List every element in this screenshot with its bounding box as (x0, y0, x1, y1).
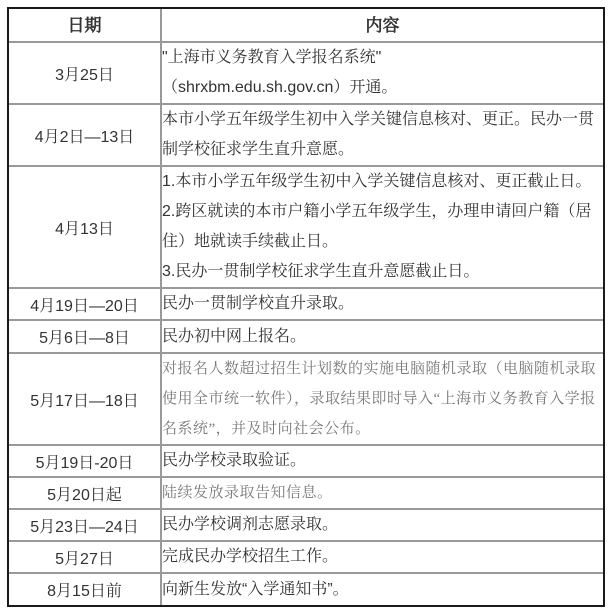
content-cell: 民办学校录取验证。 (161, 445, 603, 477)
table-row: 3月25日 "上海市义务教育入学报名系统" （shrxbm.edu.sh.gov… (9, 42, 603, 104)
date-cell: 5月6日—8日 (9, 320, 161, 353)
table-row: 8月15日前 向新生发放“入学通知书”。 (9, 573, 603, 605)
date-cell: 5月27日 (9, 541, 161, 573)
content-cell: 完成民办学校招生工作。 (161, 541, 603, 573)
table-row: 5月17日—18日 对报名人数超过招生计划数的实施电脑随机录取（电脑随机录取使用… (9, 353, 603, 445)
content-line: 3.民办一贯制学校征求学生直升意愿截止日。 (162, 257, 603, 287)
content-line: 民办初中网上报名。 (162, 322, 603, 352)
content-cell: 陆续发放录取告知信息。 (161, 477, 603, 509)
table-row: 5月19日-20日 民办学校录取验证。 (9, 445, 603, 477)
table-row: 4月2日—13日 本市小学五年级学生初中入学关键信息核对、更正。民办一贯制学校征… (9, 104, 603, 166)
table-row: 5月27日 完成民办学校招生工作。 (9, 541, 603, 573)
content-cell: 1.本市小学五年级学生初中入学关键信息核对、更正截止日。 2.跨区就读的本市户籍… (161, 166, 603, 288)
content-line: 民办学校录取验证。 (162, 446, 603, 476)
content-line: 陆续发放录取告知信息。 (162, 478, 603, 508)
date-cell: 5月17日—18日 (9, 353, 161, 445)
schedule-table: 日期 内容 3月25日 "上海市义务教育入学报名系统" （shrxbm.edu.… (9, 9, 603, 605)
table-row: 4月13日 1.本市小学五年级学生初中入学关键信息核对、更正截止日。 2.跨区就… (9, 166, 603, 288)
content-line: 民办学校调剂志愿录取。 (162, 510, 603, 540)
content-line: "上海市义务教育入学报名系统" (162, 43, 603, 73)
content-line: 1.本市小学五年级学生初中入学关键信息核对、更正截止日。 (162, 167, 603, 197)
content-line: 完成民办学校招生工作。 (162, 542, 603, 572)
date-cell: 4月13日 (9, 166, 161, 288)
content-line: 向新生发放“入学通知书”。 (162, 575, 603, 605)
content-cell: 对报名人数超过招生计划数的实施电脑随机录取（电脑随机录取使用全市统一软件），录取… (161, 353, 603, 445)
date-cell: 4月19日—20日 (9, 288, 161, 320)
content-line: 对报名人数超过招生计划数的实施电脑随机录取（电脑随机录取使用全市统一软件），录取… (162, 354, 603, 444)
content-cell: 民办学校调剂志愿录取。 (161, 509, 603, 541)
content-line: 民办一贯制学校直升录取。 (162, 289, 603, 319)
content-cell: "上海市义务教育入学报名系统" （shrxbm.edu.sh.gov.cn）开通… (161, 42, 603, 104)
content-line: 2.跨区就读的本市户籍小学五年级学生，办理申请回户籍（居住）地就读手续截止日。 (162, 197, 603, 257)
content-cell: 本市小学五年级学生初中入学关键信息核对、更正。民办一贯制学校征求学生直升意愿。 (161, 104, 603, 166)
table-row: 5月6日—8日 民办初中网上报名。 (9, 320, 603, 353)
table-row: 5月20日起 陆续发放录取告知信息。 (9, 477, 603, 509)
date-cell: 8月15日前 (9, 573, 161, 605)
date-cell: 3月25日 (9, 42, 161, 104)
enrollment-schedule-table: 日期 内容 3月25日 "上海市义务教育入学报名系统" （shrxbm.edu.… (7, 7, 605, 607)
table-header-row: 日期 内容 (9, 9, 603, 42)
table-row: 5月23日—24日 民办学校调剂志愿录取。 (9, 509, 603, 541)
date-cell: 5月20日起 (9, 477, 161, 509)
content-cell: 民办初中网上报名。 (161, 320, 603, 353)
date-cell: 4月2日—13日 (9, 104, 161, 166)
content-line: （shrxbm.edu.sh.gov.cn）开通。 (162, 73, 603, 103)
content-cell: 民办一贯制学校直升录取。 (161, 288, 603, 320)
content-cell: 向新生发放“入学通知书”。 (161, 573, 603, 605)
date-cell: 5月19日-20日 (9, 445, 161, 477)
content-line: 本市小学五年级学生初中入学关键信息核对、更正。民办一贯制学校征求学生直升意愿。 (162, 105, 603, 165)
date-cell: 5月23日—24日 (9, 509, 161, 541)
table-row: 4月19日—20日 民办一贯制学校直升录取。 (9, 288, 603, 320)
header-date: 日期 (9, 9, 161, 42)
header-content: 内容 (161, 9, 603, 42)
